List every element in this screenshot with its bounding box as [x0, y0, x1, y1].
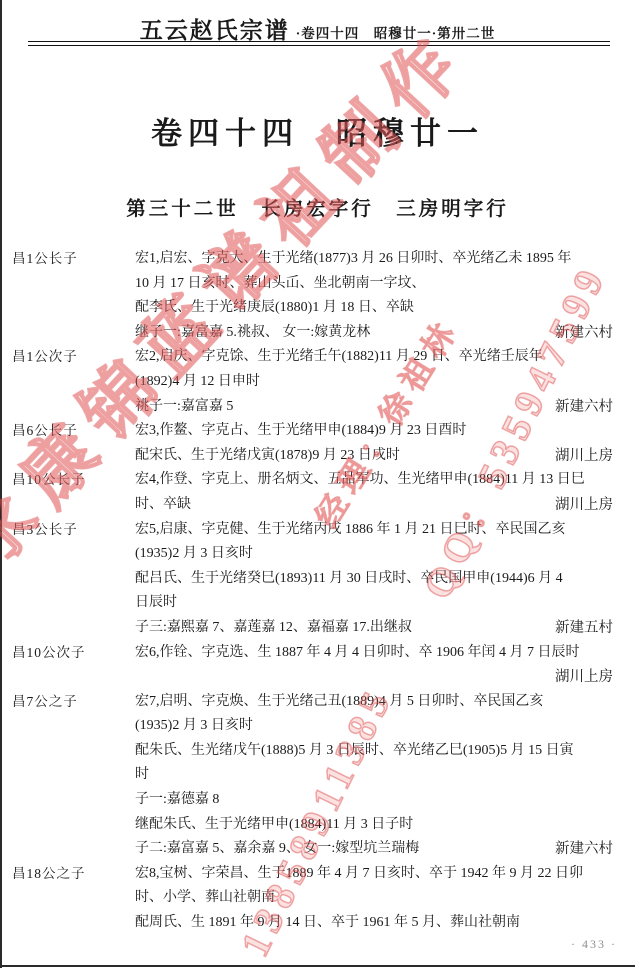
genealogy-entry: 昌18公之子 宏8,宝树、字荣昌、生于1889 年 4 月 7 日亥时、卒于 1…: [12, 862, 613, 936]
line-text: 配周氏、生 1891 年 9 月 14 日、卒于 1961 年 5 月、葬山社朝…: [135, 915, 520, 930]
page-number: · 433 ·: [571, 937, 617, 952]
entry-line: 日辰时: [135, 591, 613, 616]
line-text: 宏1,启宏、字克大、生于光绪(1877)3 月 26 日卯时、卒光绪乙未 189…: [135, 251, 571, 266]
entry-line: 配吕氏、生于光绪癸巳(1893)11 月 30 日戌时、卒民国甲申(1944)6…: [135, 567, 613, 592]
entry-line: 10 月 17 日亥时、葬山头屲、坐北朝南一字坟、: [135, 272, 613, 297]
entry-line: 宏4,作登、字克上、册名炳文、五品军功、生光绪甲申(1884)11 月 13 日…: [135, 468, 613, 493]
line-text: 宏8,宝树、字荣昌、生于1889 年 4 月 7 日亥时、卒于 1942 年 9…: [135, 866, 583, 881]
father-label: 昌1公次子: [12, 345, 135, 370]
line-text: 配朱氏、生光绪戊午(1888)5 月 3 日辰时、卒光绪乙巳(1905)5 月 …: [135, 743, 574, 758]
father-label: 昌10公长子: [12, 468, 135, 493]
genealogy-entry: 昌10公次子 宏6,作铨、字克选、生 1887 年 4 月 4 日卯时、卒 19…: [12, 641, 613, 690]
entry-line: 继配朱氏、生于光绪甲申(1884)11 月 3 日子时: [135, 813, 613, 838]
father-label: 昌1公长子: [12, 247, 135, 272]
entry-line: 子三:嘉熙嘉 7、嘉莲嘉 12、嘉福嘉 17.出继叔新建五村: [135, 616, 613, 641]
line-text: 时、卒缺: [135, 497, 191, 512]
father-label: 昌3公长子: [12, 518, 135, 543]
residence-label: 湖川上房: [555, 665, 613, 690]
line-text: 配吕氏、生于光绪癸巳(1893)11 月 30 日戌时、卒民国甲申(1944)6…: [135, 571, 563, 586]
line-text: 子二:嘉富嘉 5、嘉余嘉 9、 女一:嫁型坑兰瑞梅: [135, 841, 419, 856]
line-text: 继子一:嘉富嘉 5.祧叔、 女一:嫁黄龙林: [135, 325, 370, 340]
entry-line: 宏7,启明、字克焕、生于光绪己丑(1889)4 月 5 日卯时、卒民国乙亥: [135, 690, 613, 715]
entry-lines: 宏1,启宏、字克大、生于光绪(1877)3 月 26 日卯时、卒光绪乙未 189…: [135, 247, 613, 345]
entry-lines: 宏3,作鳌、字克占、生于光绪甲申(1884)9 月 23 日酉时配宋氏、生于光绪…: [135, 419, 613, 468]
genealogy-entry: 昌7公之子 宏7,启明、字克焕、生于光绪己丑(1889)4 月 5 日卯时、卒民…: [12, 690, 613, 862]
entry-line: 宏8,宝树、字荣昌、生于1889 年 4 月 7 日亥时、卒于 1942 年 9…: [135, 862, 613, 887]
father-label: 昌18公之子: [12, 862, 135, 887]
genealogy-entry: 昌3公长子 宏5,启康、字克健、生于光绪丙戌 1886 年 1 月 21 日巳时…: [12, 518, 613, 641]
residence-label: 湖川上房: [555, 444, 613, 469]
book-title: 五云赵氏宗谱: [140, 18, 290, 43]
residence-label: 新建六村: [555, 395, 613, 420]
line-text: 子三:嘉熙嘉 7、嘉莲嘉 12、嘉福嘉 17.出继叔: [135, 620, 412, 635]
line-text: (1935)2 月 3 日亥时: [135, 718, 253, 733]
line-text: (1935)2 月 3 日亥时: [135, 546, 253, 561]
entry-line: 祧子一:嘉富嘉 5新建六村: [135, 395, 613, 420]
entry-lines: 宏7,启明、字克焕、生于光绪己丑(1889)4 月 5 日卯时、卒民国乙亥(19…: [135, 690, 613, 862]
entry-line: 宏2,启庆、字克馀、生于光绪壬午(1882)11 月 29 日、卒光绪壬辰年: [135, 345, 613, 370]
entry-line: 配周氏、生 1891 年 9 月 14 日、卒于 1961 年 5 月、葬山社朝…: [135, 911, 613, 936]
generation-section-title: 第三十二世 长房宏字行 三房明字行: [0, 193, 635, 221]
entry-line: (1935)2 月 3 日亥时: [135, 542, 613, 567]
entry-line: 时、卒缺湖川上房: [135, 493, 613, 518]
residence-label: 新建五村: [555, 616, 613, 641]
entry-line: 宏3,作鳌、字克占、生于光绪甲申(1884)9 月 23 日酉时: [135, 419, 613, 444]
father-label: 昌6公长子: [12, 419, 135, 444]
entry-line: 宏1,启宏、字克大、生于光绪(1877)3 月 26 日卯时、卒光绪乙未 189…: [135, 247, 613, 272]
line-text: 时: [135, 767, 149, 782]
line-text: 宏3,作鳌、字克占、生于光绪甲申(1884)9 月 23 日酉时: [135, 423, 466, 438]
scan-edge-bottom: [0, 965, 635, 967]
line-text: 配李氏、生于光绪庚辰(1880)1 月 18 日、卒缺: [135, 300, 414, 315]
volume-info: ·卷四十四 昭穆廿一·第卅二世: [296, 26, 496, 41]
entry-line: (1892)4 月 12 日申时: [135, 370, 613, 395]
entry-line: 配李氏、生于光绪庚辰(1880)1 月 18 日、卒缺: [135, 296, 613, 321]
entries: 昌1公长子 宏1,启宏、字克大、生于光绪(1877)3 月 26 日卯时、卒光绪…: [12, 247, 613, 936]
residence-label: 新建六村: [555, 321, 613, 346]
entry-lines: 宏6,作铨、字克选、生 1887 年 4 月 4 日卯时、卒 1906 年闰 4…: [135, 641, 613, 690]
residence-label: 新建六村: [555, 837, 613, 862]
entry-lines: 宏4,作登、字克上、册名炳文、五品军功、生光绪甲申(1884)11 月 13 日…: [135, 468, 613, 517]
entry-lines: 宏5,启康、字克健、生于光绪丙戌 1886 年 1 月 21 日巳时、卒民国乙亥…: [135, 518, 613, 641]
entry-lines: 宏2,启庆、字克馀、生于光绪壬午(1882)11 月 29 日、卒光绪壬辰年(1…: [135, 345, 613, 419]
line-text: 继配朱氏、生于光绪甲申(1884)11 月 3 日子时: [135, 817, 413, 832]
father-label: 昌7公之子: [12, 690, 135, 715]
line-text: 宏7,启明、字克焕、生于光绪己丑(1889)4 月 5 日卯时、卒民国乙亥: [135, 694, 543, 709]
entry-line: 子一:嘉德嘉 8: [135, 788, 613, 813]
entry-line: 宏5,启康、字克健、生于光绪丙戌 1886 年 1 月 21 日巳时、卒民国乙亥: [135, 518, 613, 543]
entry-line: 继子一:嘉富嘉 5.祧叔、 女一:嫁黄龙林新建六村: [135, 321, 613, 346]
header-divider: [28, 41, 610, 46]
line-text: 时、小学、葬山社朝南: [135, 890, 275, 905]
genealogy-entry: 昌10公长子 宏4,作登、字克上、册名炳文、五品军功、生光绪甲申(1884)11…: [12, 468, 613, 517]
entry-line: 湖川上房: [135, 665, 613, 690]
entry-line: 配宋氏、生于光绪戊寅(1878)9 月 23 日戌时湖川上房: [135, 444, 613, 469]
line-text: (1892)4 月 12 日申时: [135, 374, 260, 389]
line-text: 祧子一:嘉富嘉 5: [135, 399, 233, 414]
entry-line: 时、小学、葬山社朝南: [135, 886, 613, 911]
genealogy-entry: 昌1公次子 宏2,启庆、字克馀、生于光绪壬午(1882)11 月 29 日、卒光…: [12, 345, 613, 419]
genealogy-page: 五云赵氏宗谱·卷四十四 昭穆廿一·第卅二世 卷四十四 昭穆廿一 第三十二世 长房…: [0, 0, 635, 968]
line-text: 日辰时: [135, 595, 177, 610]
line-text: 10 月 17 日亥时、葬山头屲、坐北朝南一字坟、: [135, 276, 426, 291]
genealogy-entry: 昌1公长子 宏1,启宏、字克大、生于光绪(1877)3 月 26 日卯时、卒光绪…: [12, 247, 613, 345]
entry-lines: 宏8,宝树、字荣昌、生于1889 年 4 月 7 日亥时、卒于 1942 年 9…: [135, 862, 613, 936]
chapter-title: 卷四十四 昭穆廿一: [0, 108, 635, 153]
father-label: 昌10公次子: [12, 641, 135, 666]
entry-line: 时: [135, 763, 613, 788]
entry-line: 子二:嘉富嘉 5、嘉余嘉 9、 女一:嫁型坑兰瑞梅新建六村: [135, 837, 613, 862]
entry-line: 配朱氏、生光绪戊午(1888)5 月 3 日辰时、卒光绪乙巳(1905)5 月 …: [135, 739, 613, 764]
residence-label: 湖川上房: [555, 493, 613, 518]
line-text: 宏4,作登、字克上、册名炳文、五品军功、生光绪甲申(1884)11 月 13 日…: [135, 472, 585, 487]
entry-line: 宏6,作铨、字克选、生 1887 年 4 月 4 日卯时、卒 1906 年闰 4…: [135, 641, 613, 666]
line-text: 子一:嘉德嘉 8: [135, 792, 219, 807]
line-text: 配宋氏、生于光绪戊寅(1878)9 月 23 日戌时: [135, 448, 400, 463]
genealogy-entry: 昌6公长子 宏3,作鳌、字克占、生于光绪甲申(1884)9 月 23 日酉时配宋…: [12, 419, 613, 468]
line-text: 宏6,作铨、字克选、生 1887 年 4 月 4 日卯时、卒 1906 年闰 4…: [135, 645, 580, 660]
entry-line: (1935)2 月 3 日亥时: [135, 714, 613, 739]
line-text: 宏2,启庆、字克馀、生于光绪壬午(1882)11 月 29 日、卒光绪壬辰年: [135, 349, 543, 364]
line-text: 宏5,启康、字克健、生于光绪丙戌 1886 年 1 月 21 日巳时、卒民国乙亥: [135, 522, 566, 537]
